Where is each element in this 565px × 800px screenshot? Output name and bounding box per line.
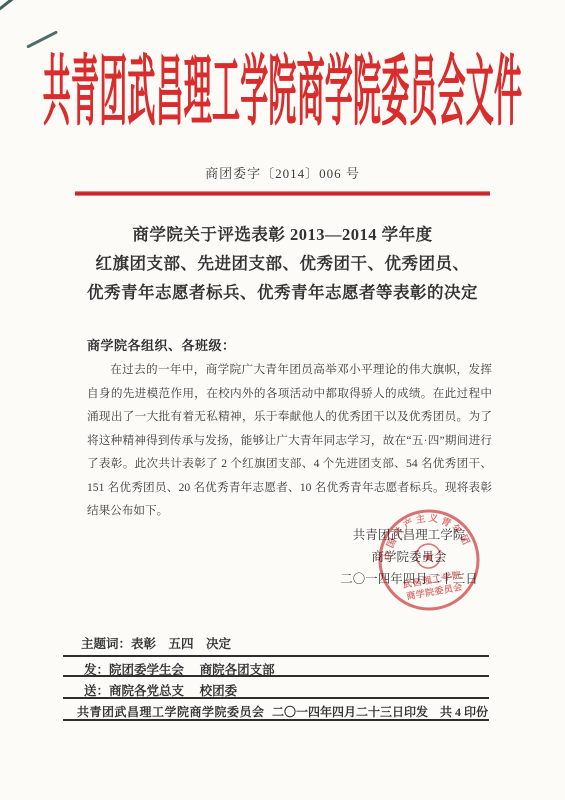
title-line-2: 红旗团支部、先进团支部、优秀团干、优秀团员、 — [30, 249, 535, 278]
footer-divider-3 — [63, 697, 489, 699]
red-letterhead: 共青团武昌理工学院商学院委员会文件 — [0, 56, 565, 136]
letterhead-title: 共青团武昌理工学院商学院委员会文件 — [43, 58, 522, 135]
body-paragraph: 在过去的一年中，商学院广大青年团员高举邓小平理论的伟大旗帜，发挥自身的先进模范作… — [87, 358, 492, 523]
title-line-3: 优秀青年志愿者标兵、优秀青年志愿者等表彰的决定 — [30, 278, 535, 307]
signature-org-line-2: 商学院委员会 — [295, 546, 523, 568]
signature-block: 共青团武昌理工学院 商学院委员会 二〇一四年四月二十三日 — [295, 524, 523, 590]
corner-pen-mark — [0, 0, 14, 14]
document-title: 商学院关于评选表彰 2013—2014 学年度 红旗团支部、先进团支部、优秀团干… — [30, 220, 535, 307]
title-line-1: 商学院关于评选表彰 2013—2014 学年度 — [30, 220, 535, 249]
red-divider-line — [75, 191, 490, 196]
footer-divider-1 — [63, 655, 489, 657]
document-page: 共青团武昌理工学院商学院委员会文件 商团委字〔2014〕006 号 商学院关于评… — [0, 0, 565, 800]
footer-divider-2 — [63, 675, 489, 677]
footer-divider-4 — [63, 719, 489, 721]
document-number: 商团委字〔2014〕006 号 — [0, 163, 565, 182]
signature-date: 二〇一四年四月二十三日 — [295, 568, 523, 590]
signature-org-line-1: 共青团武昌理工学院 — [295, 524, 523, 546]
subject-keywords: 主题词：表彰 五四 决定 — [81, 634, 231, 652]
print-info-row: 共青团武昌理工学院商学院委员会 二〇一四年四月二十三日印发 共 4 印份 — [77, 703, 488, 720]
print-date-copies: 二〇一四年四月二十三日印发 共 4 印份 — [272, 703, 488, 720]
salutation: 商学院各组织、各班级： — [87, 335, 236, 354]
issuer-name: 共青团武昌理工学院商学院委员会 — [77, 703, 265, 720]
pen-mark — [26, 30, 57, 48]
